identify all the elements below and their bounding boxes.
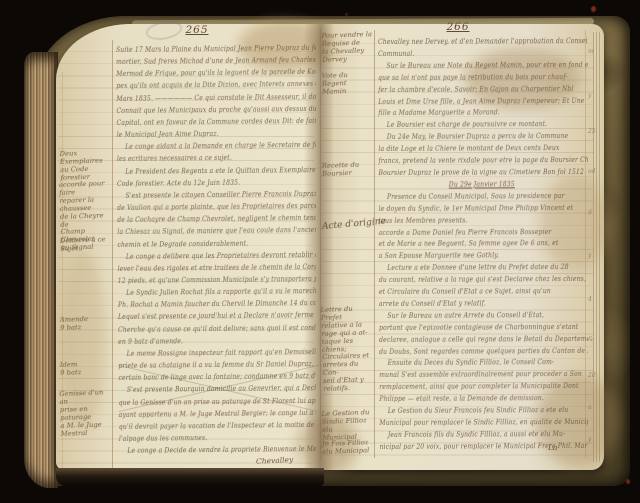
manuscript-line: Municipal pour remplacer le Sindic Filli…	[379, 416, 586, 429]
manuscript-line: Jean Francois fils du Syndic Fillioz, a …	[379, 428, 586, 441]
edge-mark: 4	[588, 296, 592, 303]
edge-mark: 20	[588, 372, 596, 379]
margin-note: Idem 9 batz	[60, 360, 113, 378]
manuscript-line: remplacement, ainsi que pour completer l…	[379, 380, 586, 393]
catchword-right-page: La	[548, 443, 557, 452]
left-page-body: Suite 17 Mars la Plaine du Municipal Jea…	[114, 40, 316, 464]
edge-mark: &	[588, 336, 593, 343]
edge-mark: 25	[588, 128, 596, 135]
edge-mark: a	[588, 404, 592, 411]
margin-note: Recette du Boursier	[322, 161, 375, 179]
margin-note: Amende 9 batz	[60, 315, 113, 333]
margin-note: Vote du Regent Mamin	[322, 71, 375, 97]
edge-mark: od	[588, 168, 595, 175]
manuscript-line: Du 29e Janvier 1835	[379, 178, 586, 191]
manuscript-line: Philippe — etait reste, a la Demande de …	[379, 392, 586, 405]
manuscript-line: fer la chambre d'ecole, Savoir: En Gajon…	[378, 83, 585, 96]
manuscript-line: declaree, analogue a celle qui regne dan…	[379, 333, 586, 346]
catchword-left-page: Chevalley	[256, 455, 294, 466]
manuscript-line: Chevalley nee Dervey, et d'en Demander l…	[378, 35, 585, 48]
manuscript-line: fille a Madame Marguerite a Morand.	[378, 106, 585, 119]
edge-mark: y	[588, 436, 591, 443]
manuscript-line: Lecture a ete Donnee d'une lettre du Pre…	[379, 261, 586, 274]
manuscript-line: et Circulaire du Conseil d'Etat a ce Suj…	[379, 285, 586, 298]
left-page-margin-notes: Deux Exemplaires au Code forestieraccord…	[58, 0, 112, 503]
red-edge-mark	[345, 13, 348, 16]
edge-mark: y	[588, 92, 591, 99]
manuscript-line: accorde a Dame Daniel feu Pierre Francoi…	[379, 225, 586, 238]
manuscript-line: le doyen du Syndic, le 1er Municipal Dme…	[379, 202, 586, 215]
margin-rule-left-page	[112, 40, 113, 468]
manuscript-line: Presence du Conseil Municipal, Sous la p…	[379, 190, 586, 203]
red-edge-mark	[591, 6, 596, 12]
edge-mark: y	[588, 252, 591, 259]
manuscript-line: a Son Epouse Marguerite nee Gothly.	[379, 249, 586, 262]
right-edge-marginalia: my25odgy4&20ay	[588, 0, 602, 503]
red-edge-mark	[626, 479, 630, 484]
manuscript-line: Boursier Dupraz le prove de la vigne au …	[378, 166, 585, 179]
manuscript-line: Sur le Bureau une Note du Regent Mamin, …	[378, 59, 585, 72]
margin-note: Deux Exemplaires au Code forestier	[59, 149, 112, 182]
manuscript-line: du Doubs, Sont regardes comme quelques p…	[379, 344, 586, 357]
manuscript-scan: 265 266 Suite 17 Mars la Plaine du Munic…	[0, 0, 640, 503]
margin-note: Delibere a ce Sujet	[60, 236, 113, 254]
manuscript-line: arrete du Conseil d'Etat y relatif.	[379, 297, 586, 310]
right-page-body: Chevalley nee Dervey, et d'en Demander l…	[376, 32, 588, 458]
edge-mark: m	[588, 48, 594, 55]
manuscript-line: et de Marie a nee Beguent, Sa femme agee…	[379, 237, 586, 250]
manuscript-line: du courant, relative a la rage qui s'est…	[379, 273, 586, 286]
manuscript-line: Le Boursier est charge de poursuivre ce …	[378, 118, 585, 131]
margin-note: Pour vendre la Requise de la Chevalley D…	[321, 31, 374, 64]
book-fore-edge-pages	[24, 52, 58, 488]
manuscript-line: portant que l'epizootie contagieuse de C…	[379, 321, 586, 334]
left-page-text: Suite 17 Mars la Plaine du Municipal Jea…	[116, 42, 316, 457]
page-number-265: 265	[167, 24, 227, 36]
right-page-text: Chevalley nee Dervey, et d'en Demander l…	[378, 35, 586, 453]
margin-note: Jn Fois Fillioz elu Municipal	[322, 439, 375, 457]
manuscript-line: Sur le Bureau un autre Arrete du Conseil…	[379, 309, 586, 322]
manuscript-line: la dite Loge et la Chiere le montant de …	[378, 142, 585, 155]
manuscript-line: Du 24e May, le Boursier Dupraz a percu d…	[378, 130, 585, 143]
manuscript-line: que sa loi n'ont pas paye la retribution…	[378, 71, 585, 84]
manuscript-line: Louis et Dme Urse fille, a Jean Aime Dup…	[378, 94, 585, 107]
margin-note: Lettre du Prefet relative a la rage qui …	[320, 305, 375, 394]
manuscript-line: Communal.	[378, 47, 585, 60]
manuscript-line: Ensuite du Deces du Syndic Fillioz, le C…	[379, 356, 586, 369]
manuscript-line: francs, pretend la vente rixdale pour et…	[378, 154, 585, 167]
edge-mark: g	[588, 208, 592, 215]
margin-note: Genisse d'un an prise en paturage a M. l…	[59, 389, 113, 438]
manuscript-line: Le Gestion du Sieur Francois feu Sindic …	[379, 404, 586, 417]
bottom-page-edge-shadow	[56, 468, 324, 486]
right-page-margin-notes: Pour vendre la Requise de la Chevalley D…	[320, 0, 376, 503]
manuscript-line: munal S'est assemble extraordinairement …	[379, 368, 586, 381]
